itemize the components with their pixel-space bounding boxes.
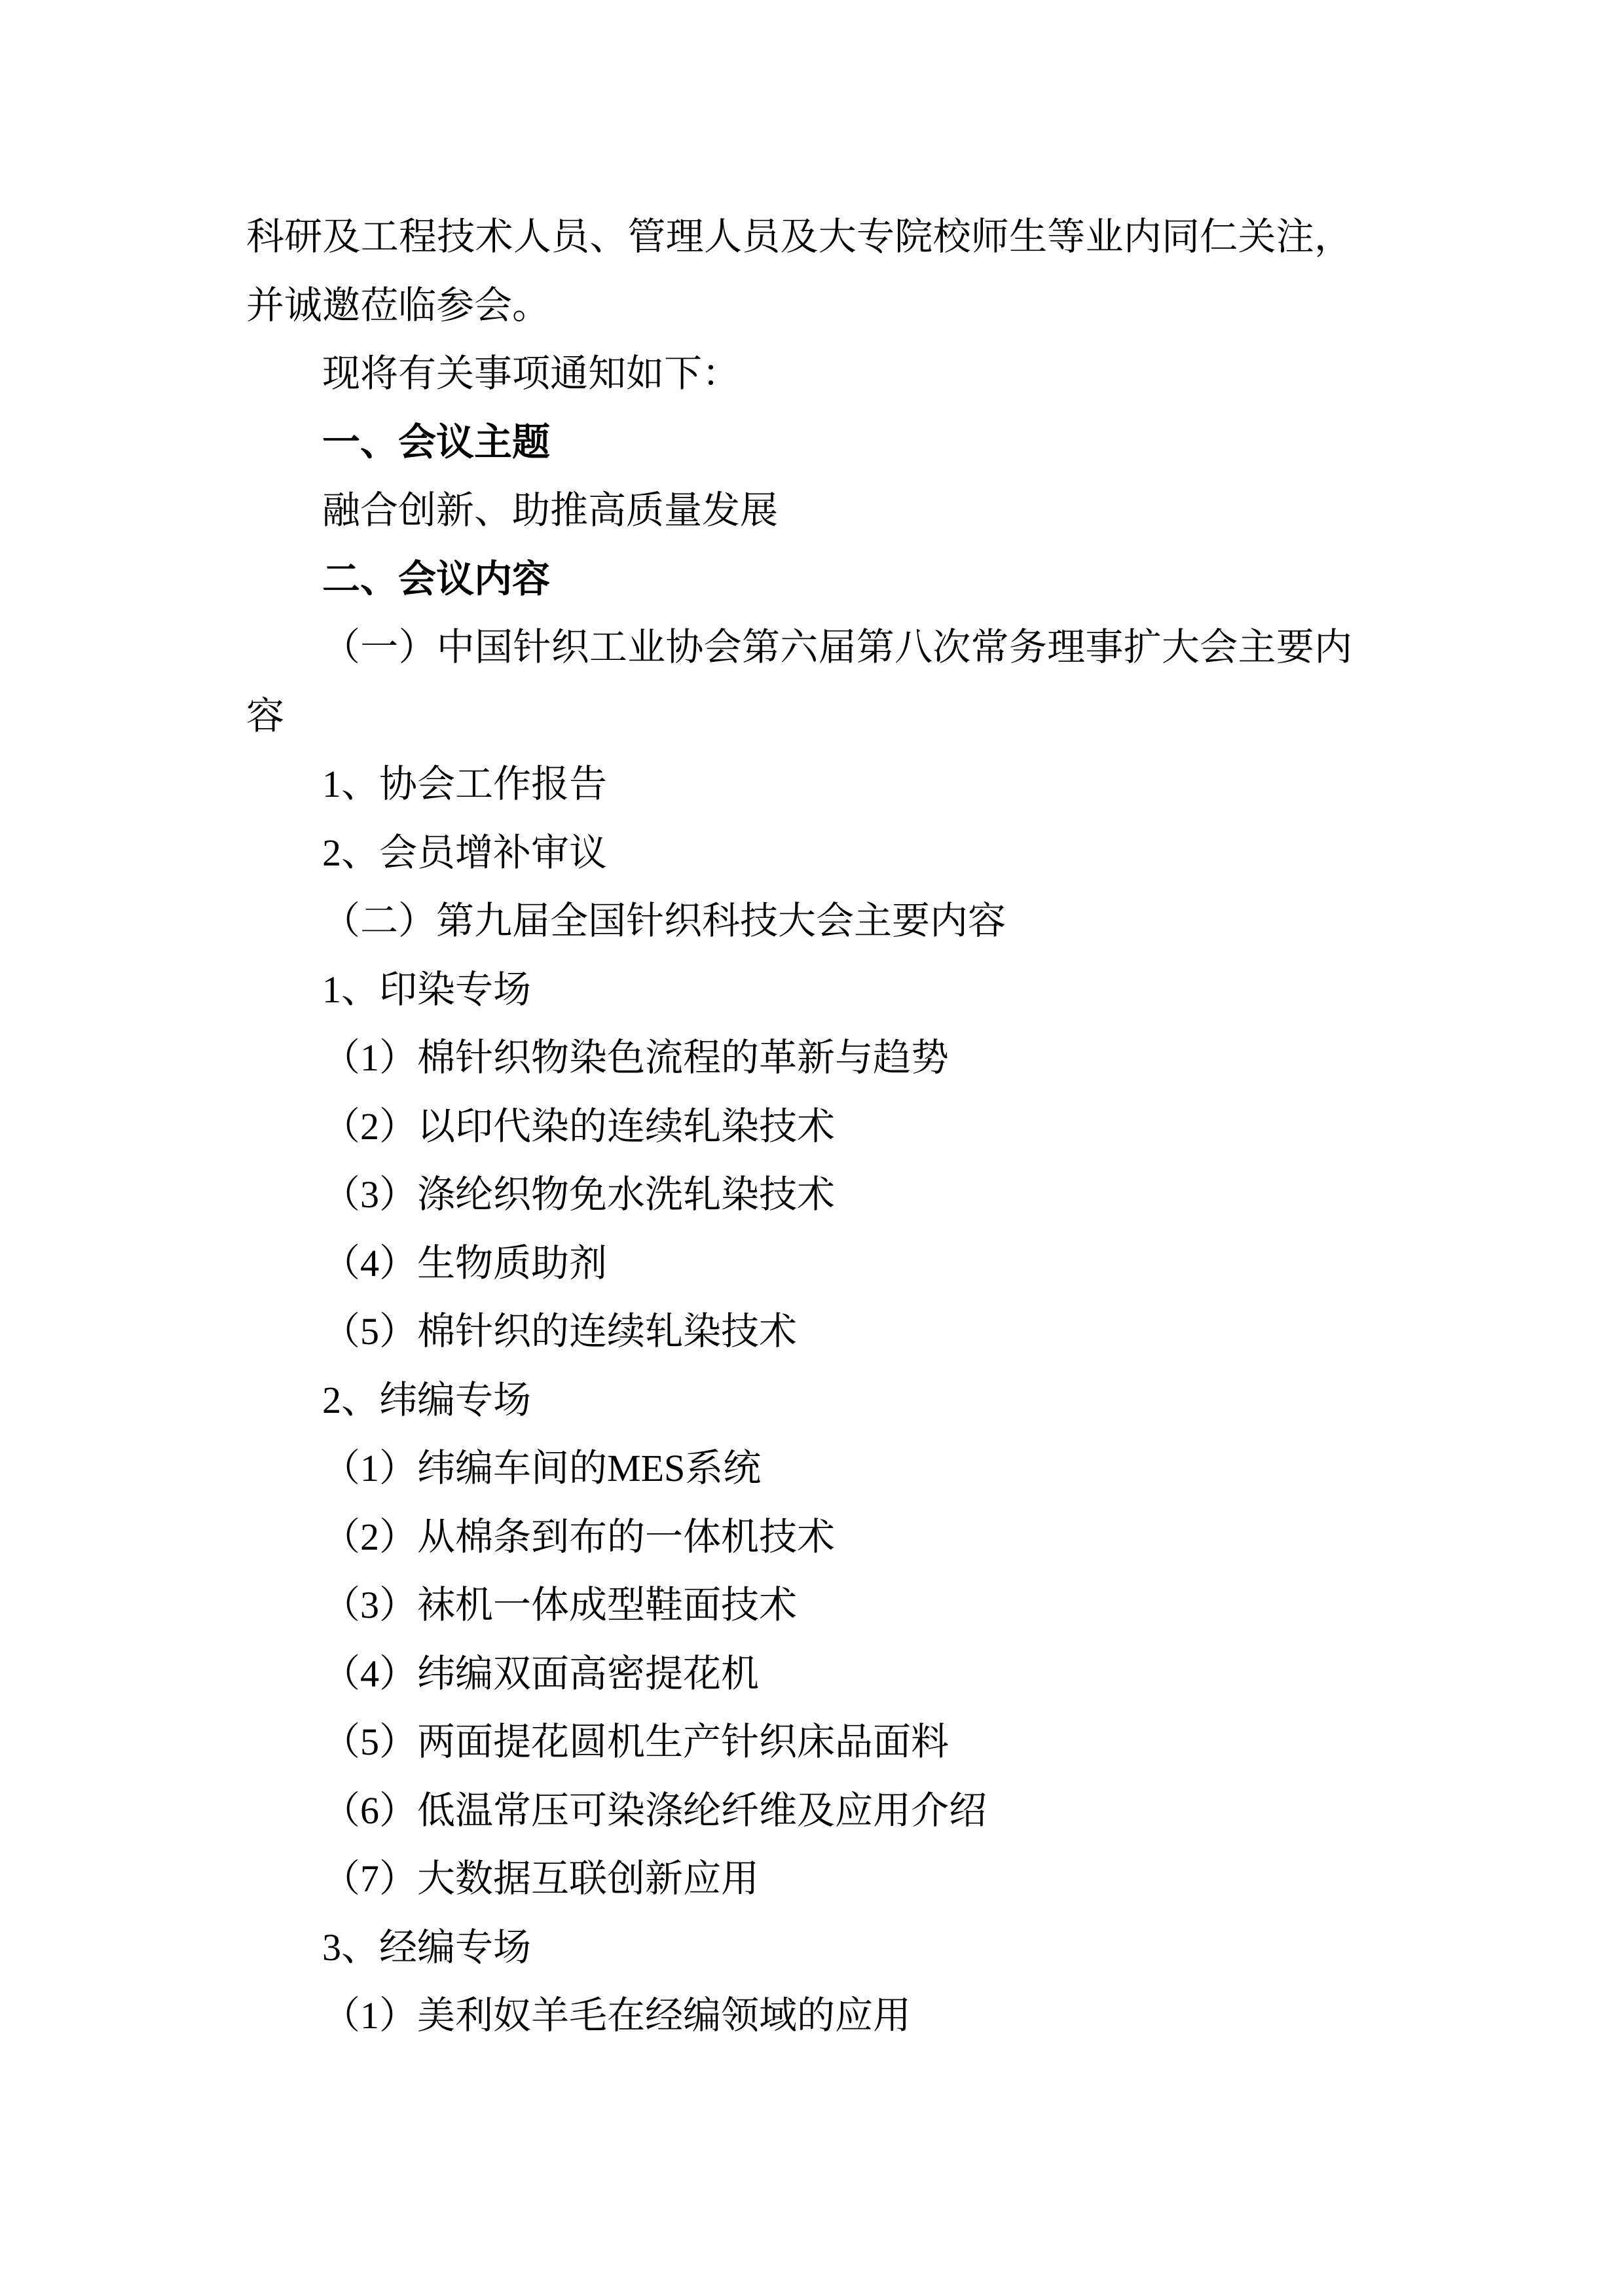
text-line: 现将有关事项通知如下： — [246, 340, 1352, 409]
list-item: 1、印染专场 — [246, 956, 1352, 1025]
list-item: （4）纬编双面高密提花机 — [246, 1640, 1352, 1709]
text-line: 容 — [246, 682, 1352, 751]
list-item: （1）棉针织物染色流程的革新与趋势 — [246, 1024, 1352, 1093]
list-item: 2、纬编专场 — [246, 1366, 1352, 1435]
text-line: 并诚邀莅临参会。 — [246, 272, 1352, 340]
page: 科研及工程技术人员、管理人员及大专院校师生等业内同仁关注， 并诚邀莅临参会。 现… — [0, 0, 1624, 2296]
list-item: 1、协会工作报告 — [246, 750, 1352, 819]
list-item: （5）两面提花圆机生产针织床品面料 — [246, 1708, 1352, 1777]
list-item: （7）大数据互联创新应用 — [246, 1845, 1352, 1914]
list-item: （3）袜机一体成型鞋面技术 — [246, 1571, 1352, 1640]
list-item: （6）低温常压可染涤纶纤维及应用介绍 — [246, 1777, 1352, 1846]
list-item: （3）涤纶织物免水洗轧染技术 — [246, 1161, 1352, 1230]
text-line: 科研及工程技术人员、管理人员及大专院校师生等业内同仁关注， — [246, 203, 1352, 272]
list-item: 3、经编专场 — [246, 1914, 1352, 1982]
list-item: （1）美利奴羊毛在经编领域的应用 — [246, 1982, 1352, 2050]
section-heading: 一、会议主题 — [246, 409, 1352, 477]
text-line: （一）中国针织工业协会第六届第八次常务理事扩大会主要内 — [246, 613, 1352, 682]
text-line: 融合创新、助推高质量发展 — [246, 477, 1352, 545]
list-item: （2）以印代染的连续轧染技术 — [246, 1093, 1352, 1161]
document-text: 科研及工程技术人员、管理人员及大专院校师生等业内同仁关注， 并诚邀莅临参会。 现… — [246, 203, 1352, 2050]
text-line: （二）第九届全国针织科技大会主要内容 — [246, 887, 1352, 956]
list-item: （2）从棉条到布的一体机技术 — [246, 1503, 1352, 1572]
list-item: （1）纬编车间的MES系统 — [246, 1434, 1352, 1503]
list-item: 2、会员增补审议 — [246, 819, 1352, 888]
section-heading: 二、会议内容 — [246, 545, 1352, 614]
list-item: （4）生物质助剂 — [246, 1230, 1352, 1298]
list-item: （5）棉针织的连续轧染技术 — [246, 1298, 1352, 1366]
